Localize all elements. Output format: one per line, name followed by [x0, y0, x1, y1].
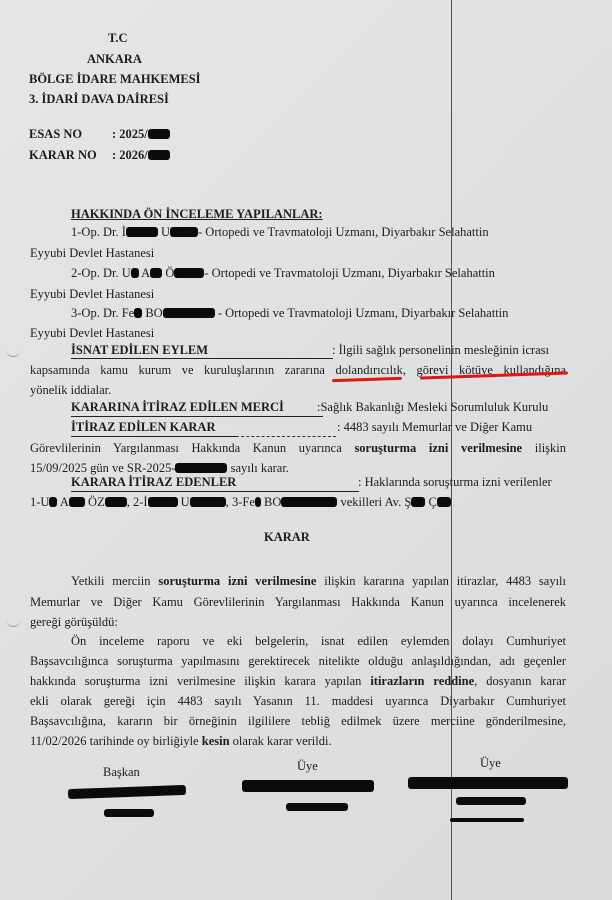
isnat-line3: yönelik iddialar.: [30, 383, 111, 398]
karar-no-value: : 2026/: [112, 148, 170, 163]
merci-value: :Sağlık Bakanlığı Mesleki Sorumluluk Kur…: [317, 400, 548, 415]
signature-role-uye-1: Üye: [297, 759, 318, 774]
subject-item-2-cont: Eyyubi Devlet Hastanesi: [30, 287, 154, 302]
signature-redaction: [408, 777, 568, 789]
itiraz-edenler-label: KARARA İTİRAZ EDENLER: [71, 475, 236, 490]
esas-no-value: : 2025/: [112, 127, 170, 142]
signature-redaction: [450, 818, 524, 822]
isnat-value: : İlgili sağlık personelinin mesleğinin …: [332, 343, 549, 358]
itiraz-edenler-underline: [71, 491, 359, 492]
signature-role-uye-2: Üye: [480, 756, 501, 771]
subject-item-3: 3-Op. Dr. Fe BO - Ortopedi ve Travmatolo…: [71, 306, 508, 321]
karar-title: KARAR: [264, 530, 310, 545]
subject-item-3-cont: Eyyubi Devlet Hastanesi: [30, 326, 154, 341]
header-tc: T.C: [108, 31, 128, 46]
karar-p2-line1: Ön inceleme raporu ve eki belgelerin, is…: [71, 634, 566, 649]
karar-p2-line5: Başsavcılığına, kararın bir örneğinin il…: [30, 714, 566, 729]
subject-item-1-cont: Eyyubi Devlet Hastanesi: [30, 246, 154, 261]
header-chamber: 3. İDARİ DAVA DAİRESİ: [29, 92, 169, 107]
signature-redaction: [286, 803, 348, 811]
karar-p1-line3: gereği görüşüldü:: [30, 615, 118, 630]
karar-p2-line4: ekli olarak gereği için 4483 sayılı Yasa…: [30, 694, 566, 709]
punch-hole-mark: [6, 348, 20, 357]
karar-p2-line2: Başsavcılığınca soruşturma yapılmasını g…: [30, 654, 566, 669]
header-city: ANKARA: [87, 52, 142, 67]
signature-redaction: [104, 809, 154, 817]
punch-hole-mark: [6, 618, 20, 627]
itiraz-karar-label: İTİRAZ EDİLEN KARAR: [71, 420, 215, 435]
itiraz-karar-dashes: [236, 436, 336, 437]
karar-no-label: KARAR NO: [29, 148, 97, 163]
itiraz-karar-line2: Görevlilerinin Yargılanması Hakkında Kan…: [30, 441, 566, 456]
signature-redaction: [456, 797, 526, 805]
karar-p2-line6: 11/02/2026 tarihinde oy birliğiyle kesin…: [30, 734, 332, 749]
itiraz-karar-underline: [71, 436, 236, 437]
esas-no-label: ESAS NO: [29, 127, 82, 142]
header-court: BÖLGE İDARE MAHKEMESİ: [29, 72, 201, 87]
signature-redaction: [242, 780, 374, 792]
signature-role-baskan: Başkan: [103, 765, 140, 780]
isnat-label: İSNAT EDİLEN EYLEM: [71, 343, 208, 358]
subjects-title: HAKKINDA ÖN İNCELEME YAPILANLAR:: [71, 207, 323, 222]
itiraz-karar-line3: 15/09/2025 gün ve SR-2025- sayılı karar.: [30, 461, 289, 476]
karar-p2-line3: hakkında soruşturma izni verilmesine ili…: [30, 674, 566, 689]
itiraz-edenler-value: : Haklarında soruşturma izni verilenler: [358, 475, 552, 490]
isnat-underline: [71, 358, 333, 359]
itiraz-edenler-line2: 1-U A ÖZ, 2-İ U, 3-Fe BO vekilleri Av. Ş…: [30, 495, 451, 510]
merci-label: KARARINA İTİRAZ EDİLEN MERCİ: [71, 400, 284, 415]
karar-p1-line1: Yetkili merciin soruşturma izni verilmes…: [71, 574, 566, 589]
merci-underline: [71, 416, 323, 417]
subject-item-1: 1-Op. Dr. İ U- Ortopedi ve Travmatoloji …: [71, 225, 489, 240]
document-page: T.C ANKARA BÖLGE İDARE MAHKEMESİ 3. İDAR…: [0, 0, 612, 900]
karar-p1-line2: Memurlar ve Diğer Kamu Görevlilerinin Ya…: [30, 595, 566, 610]
subject-item-2: 2-Op. Dr. U A Ö- Ortopedi ve Travmatoloj…: [71, 266, 495, 281]
signature-redaction: [68, 785, 186, 799]
itiraz-karar-value: : 4483 sayılı Memurlar ve Diğer Kamu: [337, 420, 532, 435]
